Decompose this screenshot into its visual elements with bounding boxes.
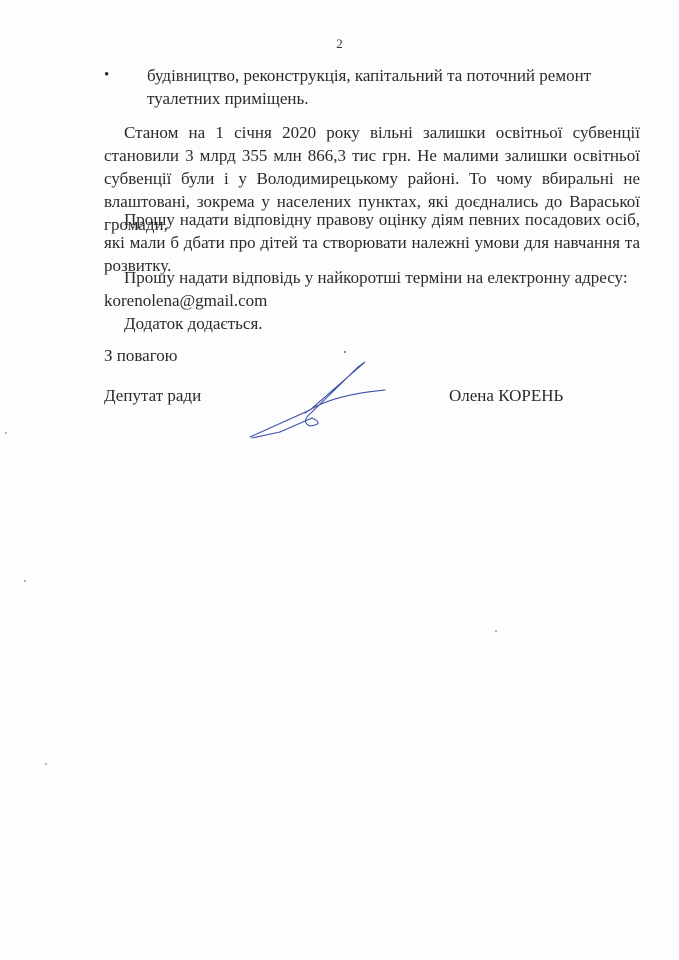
- bullet-text: будівництво, реконструкція, капітальний …: [124, 64, 594, 110]
- bullet-list-item: • будівництво, реконструкція, капітальни…: [124, 64, 594, 110]
- signature-image: [240, 340, 400, 450]
- signatory-name: Олена КОРЕНЬ: [449, 386, 563, 406]
- closing-salutation: З повагою: [104, 346, 177, 366]
- bullet-marker: •: [104, 64, 109, 87]
- signatory-position: Депутат ради: [104, 386, 201, 406]
- email-address: korenolena@gmail.com: [104, 289, 640, 312]
- paragraph-attachment: Додаток додається.: [104, 312, 640, 335]
- paragraph-request-response: Прошу надати відповідь у найкоротші терм…: [104, 266, 640, 289]
- scan-speck: [5, 432, 7, 434]
- page-number: 2: [0, 36, 679, 52]
- scan-speck: [45, 763, 47, 765]
- scan-speck: [495, 630, 497, 632]
- scan-speck: [24, 580, 26, 582]
